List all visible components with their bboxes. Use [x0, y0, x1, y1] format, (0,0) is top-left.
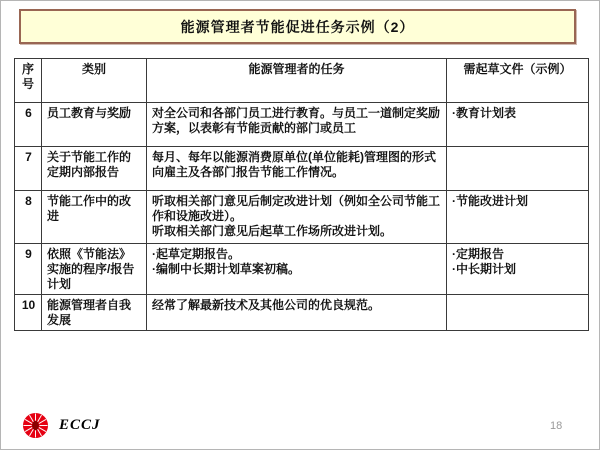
cell-task: 听取相关部门意见后制定改进计划（例如全公司节能工作和设施改进）。 听取相关部门意…	[147, 191, 447, 244]
eccj-logo: ECCJ	[22, 412, 101, 439]
eccj-sunburst-icon	[22, 412, 49, 439]
cell-category: 关于节能工作的定期内部报告	[42, 147, 147, 191]
slide-title-box: 能源管理者节能促进任务示例（2）	[19, 9, 576, 44]
col-header-documents: 需起草文件（示例）	[447, 59, 589, 103]
cell-documents	[447, 147, 589, 191]
eccj-logo-text: ECCJ	[59, 417, 101, 434]
cell-row-number: 6	[15, 103, 42, 147]
table-body: 6 员工教育与奖励 对全公司和各部门员工进行教育。与员工一道制定奖励方案，以表彰…	[15, 103, 589, 331]
cell-row-number: 7	[15, 147, 42, 191]
table-row: 9 依照《节能法》实施的程序/报告计划 ·起草定期报告。 ·编制中长期计划草案初…	[15, 244, 589, 295]
cell-row-number: 10	[15, 295, 42, 331]
table-header-row: 序号 类别 能源管理者的任务 需起草文件（示例）	[15, 59, 589, 103]
page-number: 18	[550, 420, 562, 432]
col-header-task: 能源管理者的任务	[147, 59, 447, 103]
cell-documents	[447, 295, 589, 331]
cell-row-number: 9	[15, 244, 42, 295]
cell-task: 对全公司和各部门员工进行教育。与员工一道制定奖励方案，以表彰有节能贡献的部门或员…	[147, 103, 447, 147]
cell-category: 节能工作中的改进	[42, 191, 147, 244]
cell-category: 能源管理者自我发展	[42, 295, 147, 331]
table-row: 7 关于节能工作的定期内部报告 每月、每年以能源消费原单位(单位能耗)管理图的形…	[15, 147, 589, 191]
slide: 能源管理者节能促进任务示例（2） 序号 类别 能源管理者的任务 需起草文件（示例…	[0, 0, 600, 450]
cell-category: 依照《节能法》实施的程序/报告计划	[42, 244, 147, 295]
cell-task: 经常了解最新技术及其他公司的优良规范。	[147, 295, 447, 331]
cell-documents: ·定期报告 ·中长期计划	[447, 244, 589, 295]
table-row: 8 节能工作中的改进 听取相关部门意见后制定改进计划（例如全公司节能工作和设施改…	[15, 191, 589, 244]
cell-row-number: 8	[15, 191, 42, 244]
table-row: 10 能源管理者自我发展 经常了解最新技术及其他公司的优良规范。	[15, 295, 589, 331]
cell-documents: ·教育计划表	[447, 103, 589, 147]
task-table: 序号 类别 能源管理者的任务 需起草文件（示例） 6 员工教育与奖励 对全公司和…	[14, 58, 589, 331]
cell-task: 每月、每年以能源消费原单位(单位能耗)管理图的形式向雇主及各部门报告节能工作情况…	[147, 147, 447, 191]
table-header: 序号 类别 能源管理者的任务 需起草文件（示例）	[15, 59, 589, 103]
slide-title: 能源管理者节能促进任务示例（2）	[181, 17, 415, 37]
cell-category: 员工教育与奖励	[42, 103, 147, 147]
cell-documents: ·节能改进计划	[447, 191, 589, 244]
table-row: 6 员工教育与奖励 对全公司和各部门员工进行教育。与员工一道制定奖励方案，以表彰…	[15, 103, 589, 147]
col-header-number: 序号	[15, 59, 42, 103]
col-header-category: 类别	[42, 59, 147, 103]
cell-task: ·起草定期报告。 ·编制中长期计划草案初稿。	[147, 244, 447, 295]
